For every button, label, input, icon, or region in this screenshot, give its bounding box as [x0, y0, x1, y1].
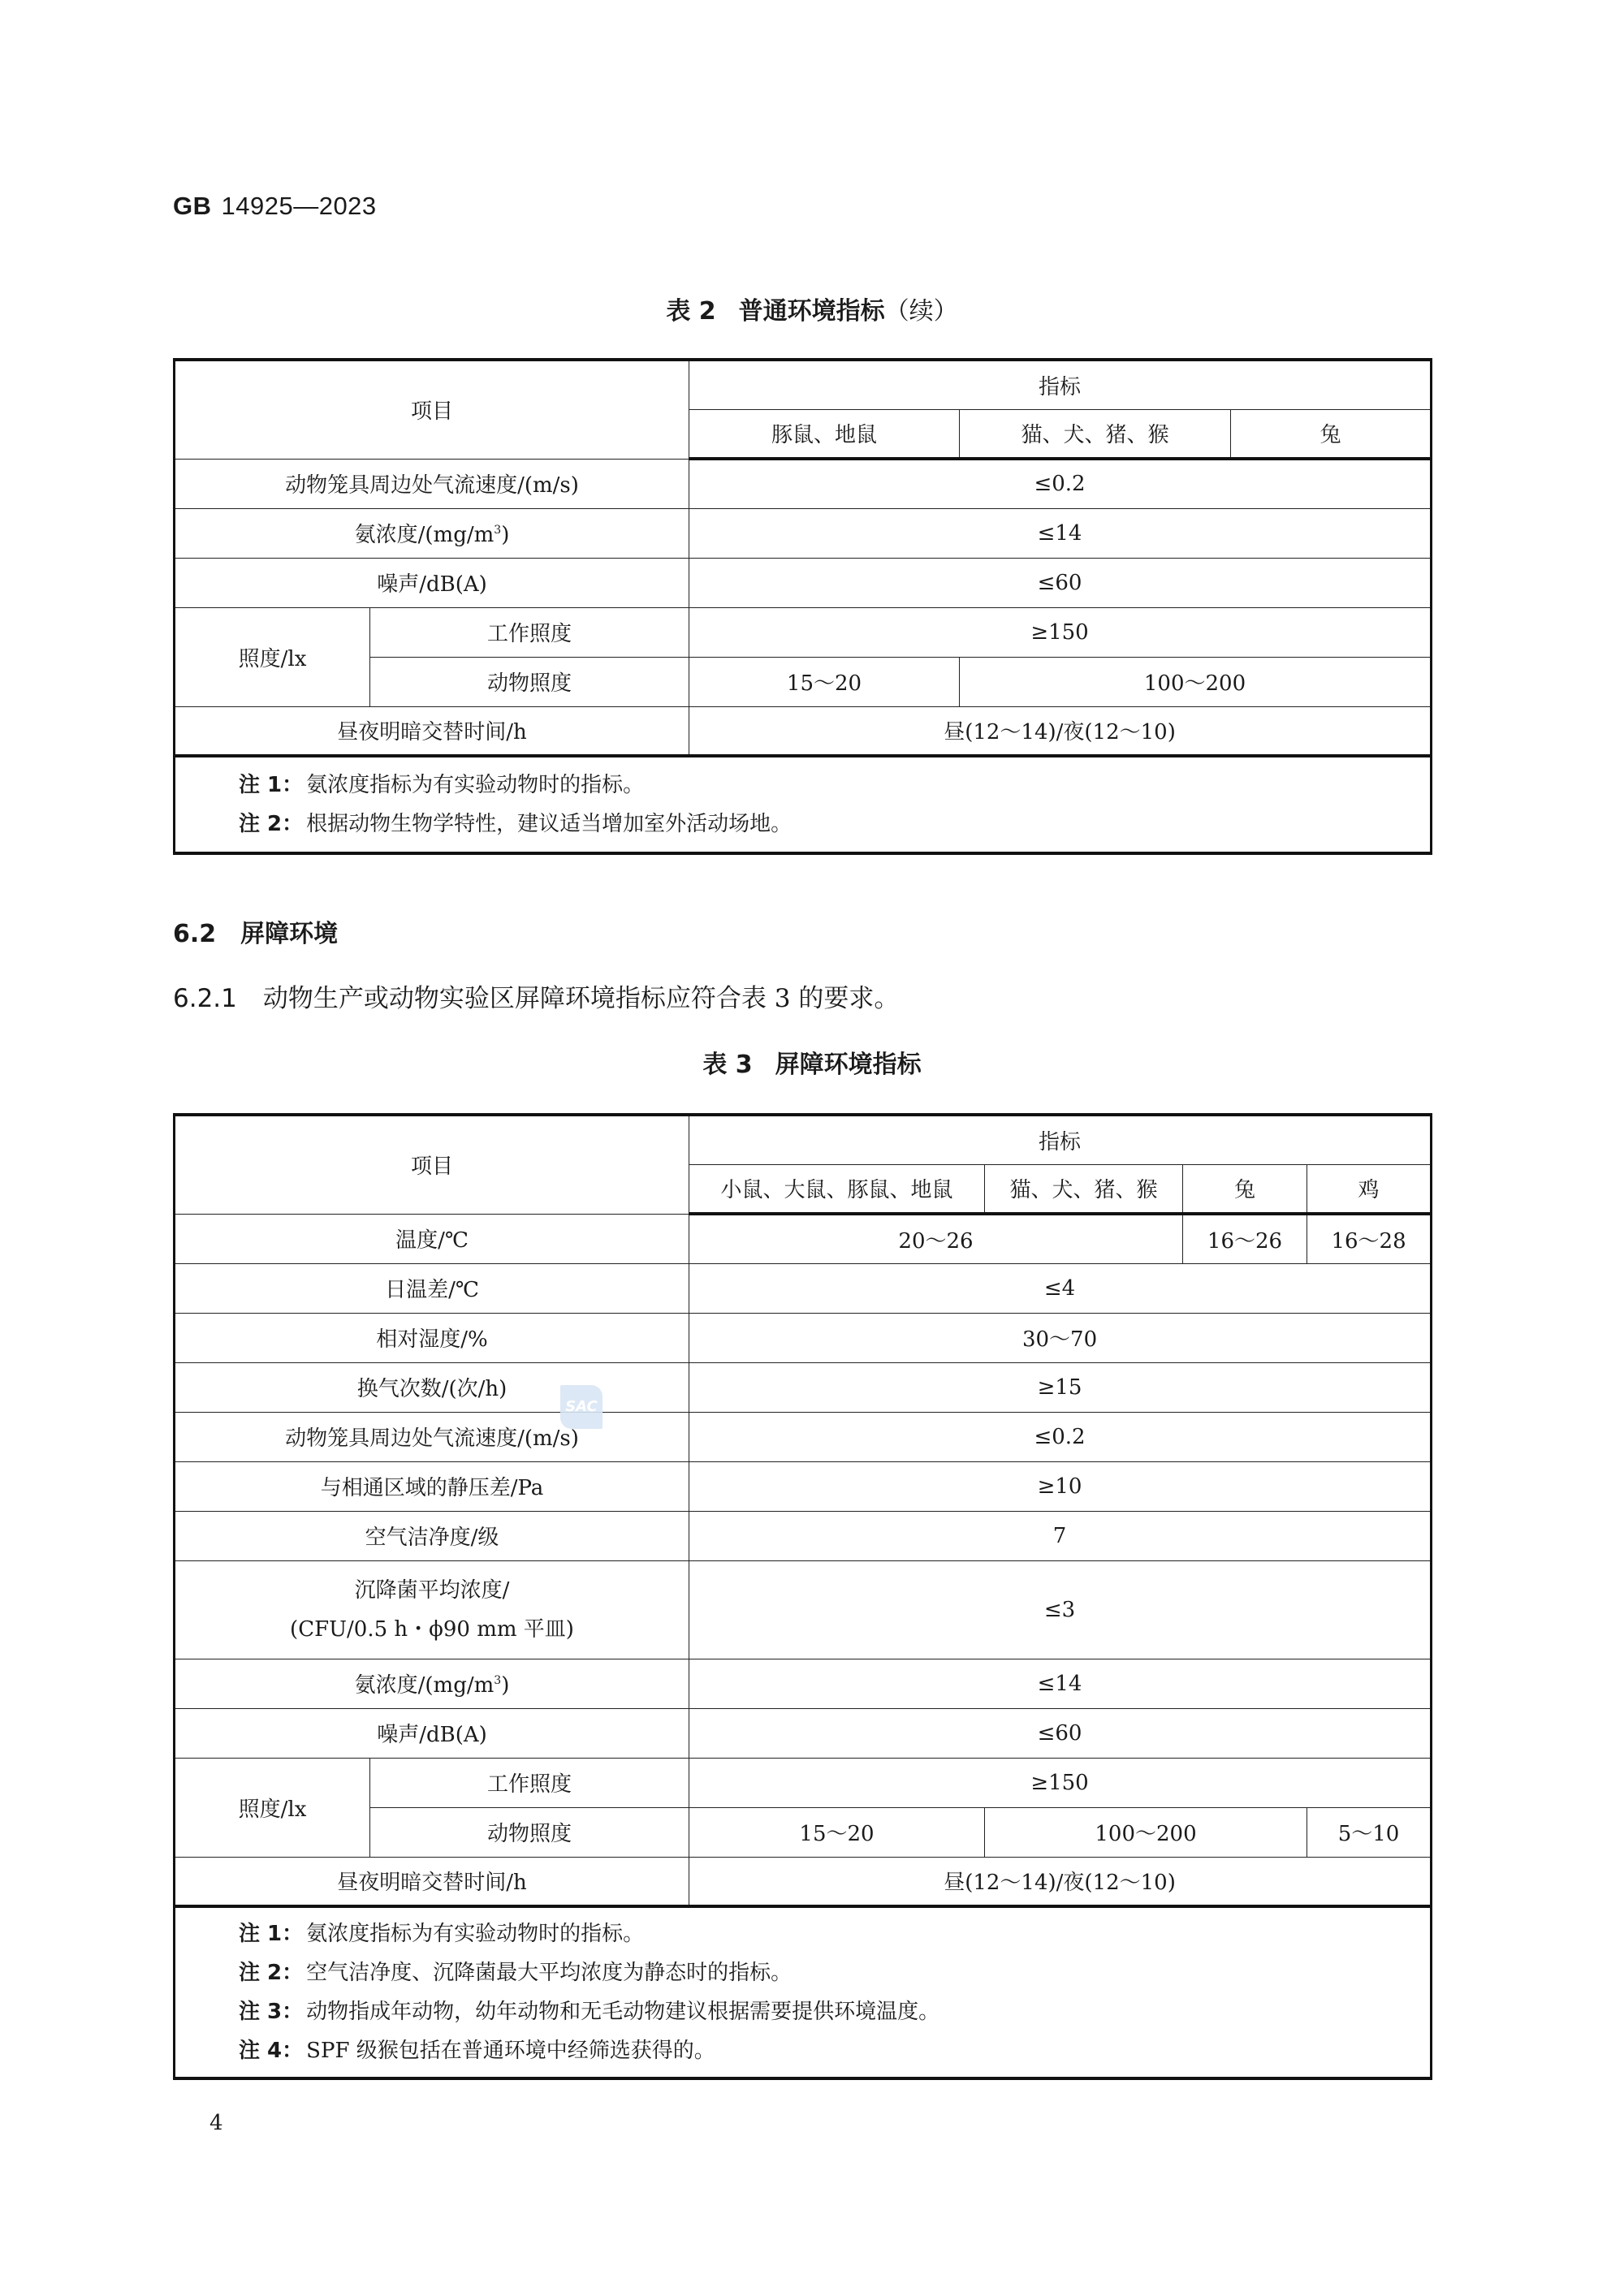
row-item: 氨浓度/(mg/m3)	[175, 508, 689, 558]
table2-head-col: 豚鼠、地鼠	[689, 409, 960, 459]
row-group-illuminance: 照度/lx	[175, 607, 370, 706]
row-item: 空气洁净度/级	[175, 1511, 689, 1560]
table2-caption: 表 2普通环境指标（续）	[0, 291, 1624, 326]
page-number: 4	[209, 2111, 223, 2135]
row-value: 100～200	[960, 657, 1432, 706]
standard-id: GB14925—2023	[173, 192, 377, 221]
table3-caption-title: 屏障环境指标	[775, 1051, 922, 1079]
row-value: 16～26	[1183, 1214, 1307, 1263]
row-subitem: 工作照度	[370, 1758, 689, 1807]
section-number: 6.2	[173, 920, 216, 948]
table-row: 昼夜明暗交替时间/h 昼(12～14)/夜(12～10)	[175, 706, 1432, 756]
row-value: ≤14	[689, 508, 1432, 558]
row-value: 昼(12～14)/夜(12～10)	[689, 706, 1432, 756]
row-value: 30～70	[689, 1313, 1432, 1362]
table-row: 温度/℃ 20～26 16～26 16～28	[175, 1214, 1432, 1263]
table-row: 沉降菌平均浓度/ (CFU/0.5 h・ϕ90 mm 平皿) ≤3	[175, 1560, 1432, 1659]
table3-head-item: 项目	[175, 1115, 689, 1214]
row-value: 20～26	[689, 1214, 1183, 1263]
table3-head-indicator: 指标	[689, 1115, 1432, 1164]
standard-prefix: GB	[173, 192, 212, 220]
clause-text: 动物生产或动物实验区屏障环境指标应符合表 3 的要求。	[263, 984, 899, 1013]
row-value: 15～20	[689, 657, 960, 706]
row-subitem: 动物照度	[370, 657, 689, 706]
table-row: 相对湿度/% 30～70	[175, 1313, 1432, 1362]
table3-notes: 注 1：氨浓度指标为有实验动物时的指标。 注 2：空气洁净度、沉降菌最大平均浓度…	[175, 1906, 1432, 2078]
table3-caption-number: 表 3	[702, 1051, 752, 1079]
note: 注 2：根据动物生物学特性，建议适当增加室外活动场地。	[239, 805, 1430, 844]
table3-head-col: 鸡	[1307, 1164, 1432, 1214]
row-value: ≥150	[689, 1758, 1432, 1807]
table2-caption-title: 普通环境指标	[739, 297, 885, 326]
note: 注 1：氨浓度指标为有实验动物时的指标。	[239, 1914, 1430, 1953]
row-value: ≤0.2	[689, 1412, 1432, 1461]
table-row: 昼夜明暗交替时间/h 昼(12～14)/夜(12～10)	[175, 1857, 1432, 1906]
section-title: 屏障环境	[240, 920, 338, 948]
row-item: 噪声/dB(A)	[175, 1708, 689, 1758]
row-item: 动物笼具周边处气流速度/(m/s)	[175, 459, 689, 508]
table-row: 动物笼具周边处气流速度/(m/s) ≤0.2	[175, 1412, 1432, 1461]
table-row: 噪声/dB(A) ≤60	[175, 558, 1432, 607]
note: 注 2：空气洁净度、沉降菌最大平均浓度为静态时的指标。	[239, 1953, 1430, 1992]
sac-watermark-icon: SAC	[560, 1385, 603, 1429]
row-item: 昼夜明暗交替时间/h	[175, 1857, 689, 1906]
row-item: 相对湿度/%	[175, 1313, 689, 1362]
table-row: 空气洁净度/级 7	[175, 1511, 1432, 1560]
table3: 项目 指标 小鼠、大鼠、豚鼠、地鼠 猫、犬、猪、猴 兔 鸡 温度/℃ 20～26…	[173, 1113, 1432, 2080]
row-value: 100～200	[985, 1807, 1307, 1857]
table-row: 噪声/dB(A) ≤60	[175, 1708, 1432, 1758]
row-item: 动物笼具周边处气流速度/(m/s)	[175, 1412, 689, 1461]
table-row: 日温差/℃ ≤4	[175, 1263, 1432, 1313]
clause-6-2-1: 6.2.1动物生产或动物实验区屏障环境指标应符合表 3 的要求。	[173, 978, 899, 1014]
row-value: ≤14	[689, 1659, 1432, 1708]
section-heading: 6.2屏障环境	[173, 913, 338, 949]
row-item: 氨浓度/(mg/m3)	[175, 1659, 689, 1708]
table2-head-item: 项目	[175, 360, 689, 459]
row-value: 15～20	[689, 1807, 985, 1857]
row-subitem: 工作照度	[370, 607, 689, 657]
row-value: 7	[689, 1511, 1432, 1560]
row-item: 日温差/℃	[175, 1263, 689, 1313]
row-item: 昼夜明暗交替时间/h	[175, 706, 689, 756]
clause-number: 6.2.1	[173, 984, 237, 1013]
table2-caption-continued: （续）	[885, 297, 958, 326]
row-item: 换气次数/(次/h)	[175, 1362, 689, 1412]
table-row: 照度/lx 工作照度 ≥150	[175, 607, 1432, 657]
table2-head-col: 兔	[1231, 409, 1432, 459]
table3-head-col: 小鼠、大鼠、豚鼠、地鼠	[689, 1164, 985, 1214]
row-value: ≤0.2	[689, 459, 1432, 508]
table-row: 动物笼具周边处气流速度/(m/s) ≤0.2	[175, 459, 1432, 508]
table2-head-indicator: 指标	[689, 360, 1432, 409]
row-subitem: 动物照度	[370, 1807, 689, 1857]
table-row: 换气次数/(次/h) ≥15	[175, 1362, 1432, 1412]
table-row: 与相通区域的静压差/Pa ≥10	[175, 1461, 1432, 1511]
note: 注 1：氨浓度指标为有实验动物时的指标。	[239, 766, 1430, 805]
row-value: ≤60	[689, 558, 1432, 607]
row-item: 噪声/dB(A)	[175, 558, 689, 607]
table2: 项目 指标 豚鼠、地鼠 猫、犬、猪、猴 兔 动物笼具周边处气流速度/(m/s) …	[173, 358, 1432, 855]
row-value: ≥15	[689, 1362, 1432, 1412]
table-row: 照度/lx 工作照度 ≥150	[175, 1758, 1432, 1807]
table2-head-col: 猫、犬、猪、猴	[960, 409, 1231, 459]
table-row: 氨浓度/(mg/m3) ≤14	[175, 508, 1432, 558]
table3-head-col: 兔	[1183, 1164, 1307, 1214]
standard-number: 14925—2023	[222, 192, 377, 220]
row-item: 沉降菌平均浓度/ (CFU/0.5 h・ϕ90 mm 平皿)	[175, 1560, 689, 1659]
note: 注 3：动物指成年动物，幼年动物和无毛动物建议根据需要提供环境温度。	[239, 1992, 1430, 2031]
table2-notes: 注 1：氨浓度指标为有实验动物时的指标。 注 2：根据动物生物学特性，建议适当增…	[175, 756, 1432, 853]
row-value: 5～10	[1307, 1807, 1432, 1857]
row-value: ≤60	[689, 1708, 1432, 1758]
row-item: 与相通区域的静压差/Pa	[175, 1461, 689, 1511]
note: 注 4：SPF 级猴包括在普通环境中经筛选获得的。	[239, 2031, 1430, 2070]
row-value: ≤4	[689, 1263, 1432, 1313]
row-group-illuminance: 照度/lx	[175, 1758, 370, 1857]
table-row: 氨浓度/(mg/m3) ≤14	[175, 1659, 1432, 1708]
table2-caption-number: 表 2	[666, 297, 715, 326]
row-value: ≥10	[689, 1461, 1432, 1511]
row-item: 温度/℃	[175, 1214, 689, 1263]
row-value: ≥150	[689, 607, 1432, 657]
row-value: 昼(12～14)/夜(12～10)	[689, 1857, 1432, 1906]
table3-caption: 表 3屏障环境指标	[0, 1044, 1624, 1080]
table3-head-col: 猫、犬、猪、猴	[985, 1164, 1183, 1214]
row-value: 16～28	[1307, 1214, 1432, 1263]
row-value: ≤3	[689, 1560, 1432, 1659]
